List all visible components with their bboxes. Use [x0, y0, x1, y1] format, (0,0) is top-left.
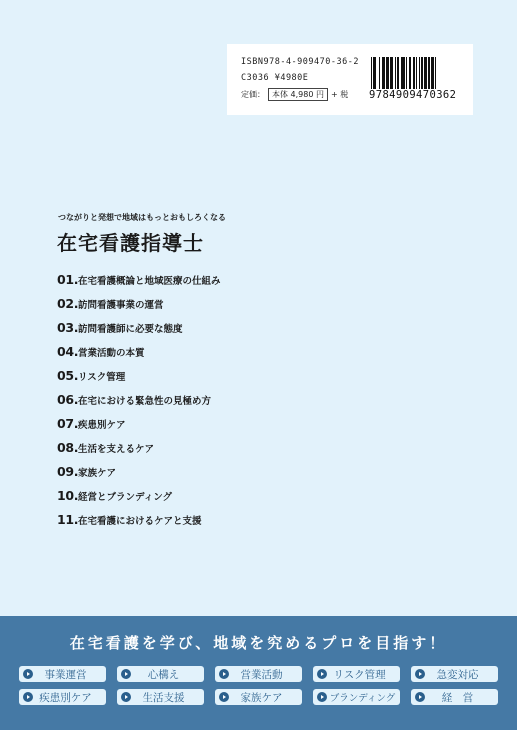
toc-number: 03. [57, 320, 78, 335]
toc-item: 07.疾患別ケア [57, 416, 221, 440]
arrow-circle-icon [23, 669, 33, 679]
tag: 急変対応 [411, 666, 498, 682]
toc-item: 09.家族ケア [57, 464, 221, 488]
toc-number: 11. [57, 512, 78, 527]
toc-item: 05.リスク管理 [57, 368, 221, 392]
slogan: 在宅看護を学び、地域を究めるプロを目指す！ [0, 632, 517, 653]
arrow-circle-icon [121, 692, 131, 702]
tag: 疾患別ケア [19, 689, 106, 705]
toc-item: 02.訪問看護事業の運営 [57, 296, 221, 320]
toc-number: 01. [57, 272, 78, 287]
price-suffix: + 税 [331, 89, 348, 100]
arrow-circle-icon [219, 669, 229, 679]
arrow-circle-icon [23, 692, 33, 702]
book-title: 在宅看護指導士 [57, 227, 204, 256]
toc-item: 08.生活を支えるケア [57, 440, 221, 464]
bottom-band: 在宅看護を学び、地域を究めるプロを目指す！ 事業運営 心構え 営業活動 リスク管… [0, 616, 517, 730]
arrow-circle-icon [415, 669, 425, 679]
tag-label: ブランディング [327, 690, 400, 704]
tag-label: 心構え [131, 667, 204, 682]
arrow-circle-icon [121, 669, 131, 679]
toc-label: 在宅看護概論と地域医療の仕組み [78, 273, 221, 287]
arrow-circle-icon [317, 669, 327, 679]
toc-number: 05. [57, 368, 78, 383]
tag: 家族ケア [215, 689, 302, 705]
toc-label: 訪問看護師に必要な態度 [78, 321, 183, 335]
toc-label: 家族ケア [78, 465, 116, 479]
tag-label: 生活支援 [131, 690, 204, 705]
toc-item: 01.在宅看護概論と地域医療の仕組み [57, 272, 221, 296]
tag: 経 営 [411, 689, 498, 705]
toc-number: 02. [57, 296, 78, 311]
toc-number: 09. [57, 464, 78, 479]
toc-number: 07. [57, 416, 78, 431]
toc-label: 訪問看護事業の運営 [78, 297, 164, 311]
toc-label: 生活を支えるケア [78, 441, 154, 455]
toc-label: 在宅看護におけるケアと支援 [78, 513, 202, 527]
tag: ブランディング [313, 689, 400, 705]
tag: 営業活動 [215, 666, 302, 682]
tag: 生活支援 [117, 689, 204, 705]
tag-label: 疾患別ケア [33, 690, 106, 705]
tag: 心構え [117, 666, 204, 682]
toc-number: 04. [57, 344, 78, 359]
toc-item: 03.訪問看護師に必要な態度 [57, 320, 221, 344]
arrow-circle-icon [415, 692, 425, 702]
price-label: 定価： [241, 89, 265, 100]
tagline: つながりと発想で地域はもっとおもしろくなる [58, 212, 226, 223]
tag-label: 家族ケア [229, 690, 302, 705]
tag-label: 経 営 [425, 690, 498, 705]
tag: リスク管理 [313, 666, 400, 682]
tag-label: リスク管理 [327, 667, 400, 682]
toc-number: 10. [57, 488, 78, 503]
barcode-icon [371, 57, 463, 89]
toc-label: 営業活動の本質 [78, 345, 145, 359]
toc-number: 06. [57, 392, 78, 407]
isbn-number: ISBN978-4-909470-36-2 [241, 57, 359, 67]
price: 定価： 本体 4,980 円 + 税 [241, 88, 348, 101]
toc-label: 経営とブランディング [78, 489, 172, 503]
toc-label: リスク管理 [78, 369, 125, 383]
toc-item: 11.在宅看護におけるケアと支援 [57, 512, 221, 536]
toc-label: 在宅における緊急性の見極め方 [78, 393, 211, 407]
isbn-box: ISBN978-4-909470-36-2 C3036 ¥4980E 定価： 本… [227, 44, 473, 115]
tag-grid: 事業運営 心構え 営業活動 リスク管理 急変対応 疾患別ケア 生活支援 家族ケア… [19, 666, 498, 705]
price-value: 本体 4,980 円 [268, 88, 328, 101]
toc-item: 06.在宅における緊急性の見極め方 [57, 392, 221, 416]
toc-label: 疾患別ケア [78, 417, 126, 431]
tag: 事業運営 [19, 666, 106, 682]
barcode-number: 9784909470362 [369, 89, 456, 101]
tag-label: 営業活動 [229, 667, 302, 682]
arrow-circle-icon [317, 692, 327, 702]
toc-item: 10.経営とブランディング [57, 488, 221, 512]
toc-number: 08. [57, 440, 78, 455]
tag-label: 急変対応 [425, 667, 498, 682]
table-of-contents: 01.在宅看護概論と地域医療の仕組み 02.訪問看護事業の運営 03.訪問看護師… [57, 272, 221, 536]
arrow-circle-icon [219, 692, 229, 702]
toc-item: 04.営業活動の本質 [57, 344, 221, 368]
tag-label: 事業運営 [33, 667, 106, 682]
classification-code: C3036 ¥4980E [241, 73, 308, 83]
